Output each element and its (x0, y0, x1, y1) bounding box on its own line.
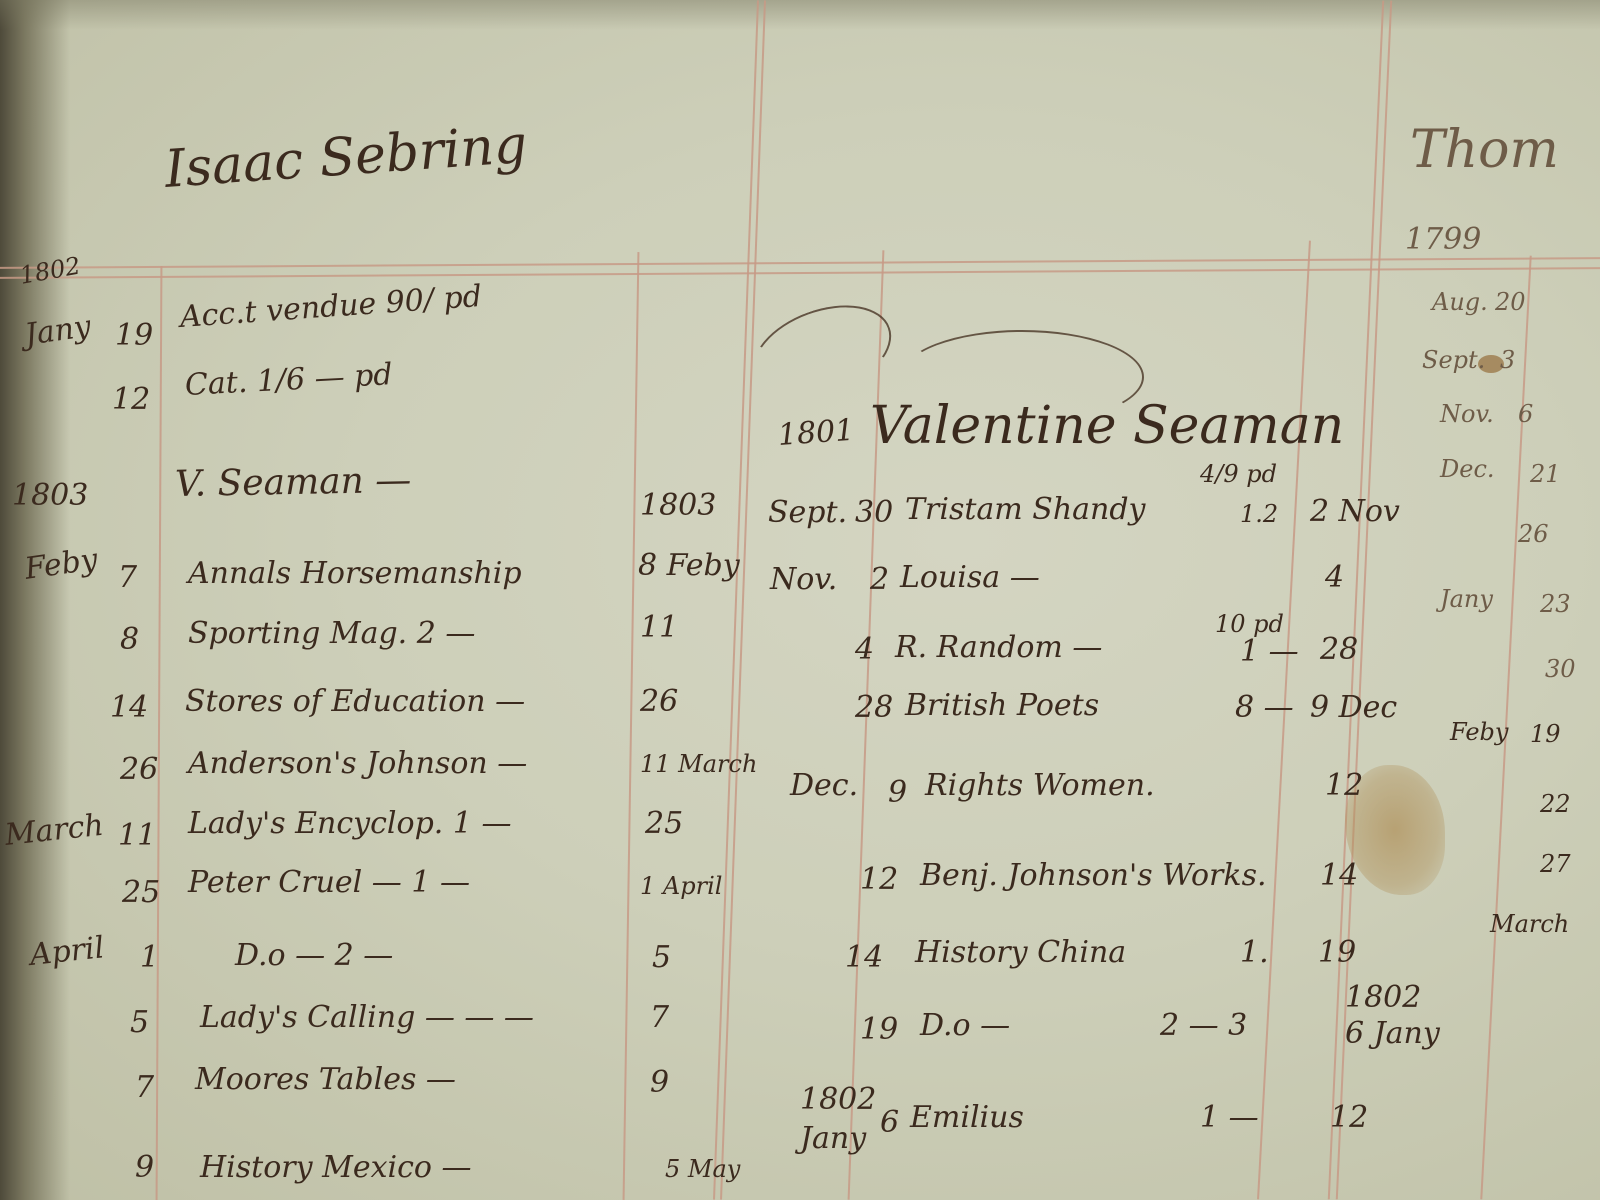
right-day: 30 (1545, 655, 1576, 683)
middle-date-column-rule (848, 250, 885, 1199)
left-top-item-1: Acc.t vendue 90/ pd (179, 279, 483, 335)
left-day: 8 (120, 622, 139, 657)
left-day: 7 (118, 560, 137, 595)
middle-item: History China (915, 935, 1126, 970)
middle-day: 2 (870, 562, 889, 597)
middle-day: 12 (860, 862, 898, 897)
left-returned: 5 May (665, 1155, 740, 1183)
right-day: 23 (1540, 590, 1571, 618)
middle-month: Nov. (770, 562, 837, 597)
right-month: Aug. (1432, 288, 1488, 316)
middle-returned: 4 (1325, 560, 1344, 595)
right-month: Dec. (1440, 455, 1495, 483)
middle-item: Benj. Johnson's Works. (920, 858, 1267, 893)
middle-item: Emilius (910, 1100, 1024, 1135)
right-day: 26 (1518, 520, 1549, 548)
left-day: 7 (135, 1070, 154, 1105)
header-rule-double (0, 267, 1600, 279)
right-day: 19 (1530, 720, 1561, 748)
left-item: D.o — 2 — (235, 938, 393, 973)
left-day: 25 (122, 875, 160, 910)
page-divider-rule-b (720, 0, 766, 1199)
middle-item: Tristam Shandy (905, 492, 1146, 527)
left-account-heading: Isaac Sebring (163, 115, 529, 200)
right-day: 22 (1540, 790, 1571, 818)
left-item: Sporting Mag. 2 — (188, 616, 475, 651)
middle-returned: 2 Nov (1310, 494, 1400, 529)
right-month: Feby (1450, 718, 1508, 746)
left-item: Annals Horsemanship (188, 556, 522, 591)
right-month: Jany (1440, 585, 1493, 613)
middle-returned: 1802 6 Jany (1345, 980, 1445, 1052)
left-return-column-rule (623, 252, 640, 1200)
middle-vol: 1 — (1200, 1100, 1259, 1135)
left-day: 9 (135, 1150, 154, 1185)
left-top-day-2: 12 (112, 382, 150, 417)
middle-item: D.o — (920, 1008, 1010, 1043)
right-month: Sept. (1422, 346, 1485, 374)
right-year: 1799 (1405, 222, 1481, 257)
middle-year: 1801 (777, 413, 856, 453)
page-top-shadow (0, 0, 1600, 30)
middle-month: Sept. (768, 495, 847, 530)
middle-month: Dec. (790, 768, 858, 803)
middle-vol: 1 — (1240, 634, 1299, 669)
left-day: 26 (120, 752, 158, 787)
left-day: 1 (140, 940, 159, 975)
middle-day: 28 (855, 690, 893, 725)
left-returned: 11 March (640, 750, 757, 778)
left-day: 14 (110, 690, 148, 725)
left-returned: 11 (640, 610, 678, 645)
right-day: 20 (1495, 288, 1526, 316)
middle-item: Rights Women. (925, 768, 1155, 803)
middle-returned: 9 Dec (1310, 690, 1397, 725)
left-item: Peter Cruel — 1 — (188, 865, 470, 900)
left-returned: 26 (640, 684, 678, 719)
middle-month: 1802 Jany (800, 1080, 860, 1158)
middle-returned: 12 (1325, 768, 1363, 803)
left-returned: 7 (650, 1000, 669, 1035)
left-item: Moores Tables — (195, 1062, 456, 1097)
left-returned: 9 (650, 1065, 669, 1100)
middle-day: 14 (845, 940, 883, 975)
middle-vol: 1. (1240, 935, 1269, 970)
middle-note: 4/9 pd (1200, 460, 1277, 488)
left-top-item-2: Cat. 1/6 — pd (184, 357, 393, 403)
middle-vol: 8 — (1235, 690, 1294, 725)
date-column-rule (156, 266, 163, 1200)
middle-returned: 19 (1318, 935, 1356, 970)
left-top-day-1: 19 (115, 318, 153, 353)
right-month: Nov. (1440, 400, 1494, 428)
right-account-heading: Thom (1410, 120, 1559, 180)
left-day: 5 (130, 1005, 149, 1040)
left-item: Stores of Education — (185, 684, 525, 719)
header-rule (0, 257, 1600, 269)
left-sub-year-right: 1803 (640, 488, 716, 523)
middle-vol: 1.2 (1240, 500, 1278, 528)
right-day: 3 (1500, 346, 1515, 374)
ledger-page: Isaac Sebring 1802 Jany 19 Acc.t vendue … (0, 0, 1600, 1200)
middle-day: 19 (860, 1012, 898, 1047)
right-day: 21 (1530, 460, 1561, 488)
left-returned: 25 (645, 806, 683, 841)
middle-returned: 14 (1320, 858, 1358, 893)
right-day: 6 (1518, 400, 1533, 428)
middle-account-heading: Valentine Seaman (870, 396, 1344, 456)
middle-item: R. Random — (895, 630, 1102, 665)
page-divider-rule-a (713, 0, 759, 1199)
left-item: History Mexico — (200, 1150, 471, 1185)
left-day: 11 (118, 818, 156, 853)
middle-returned: 28 (1320, 632, 1358, 667)
middle-day: 6 (880, 1105, 899, 1140)
middle-day: 4 (855, 632, 874, 667)
left-returned: 5 (652, 940, 671, 975)
left-sub-year-left: 1803 (12, 478, 88, 513)
book-spine-shadow (0, 0, 70, 1200)
left-item: Anderson's Johnson — (188, 746, 527, 781)
middle-vol: 2 — 3 (1160, 1008, 1247, 1043)
middle-item: British Poets (905, 688, 1099, 723)
left-month-april: April (28, 930, 106, 973)
middle-item: Louisa — (900, 560, 1040, 595)
left-returned: 1 April (640, 872, 722, 900)
left-item: Lady's Calling — — — (200, 1000, 534, 1035)
middle-day: 30 (855, 495, 893, 530)
left-item: Lady's Encyclop. 1 — (188, 806, 511, 841)
left-sub-heading: V. Seaman — (175, 460, 412, 505)
right-month: March (1490, 910, 1569, 938)
middle-day: 9 (888, 775, 907, 810)
right-day: 27 (1540, 850, 1571, 878)
middle-returned: 12 (1330, 1100, 1368, 1135)
left-returned: 8 Feby (638, 548, 740, 583)
